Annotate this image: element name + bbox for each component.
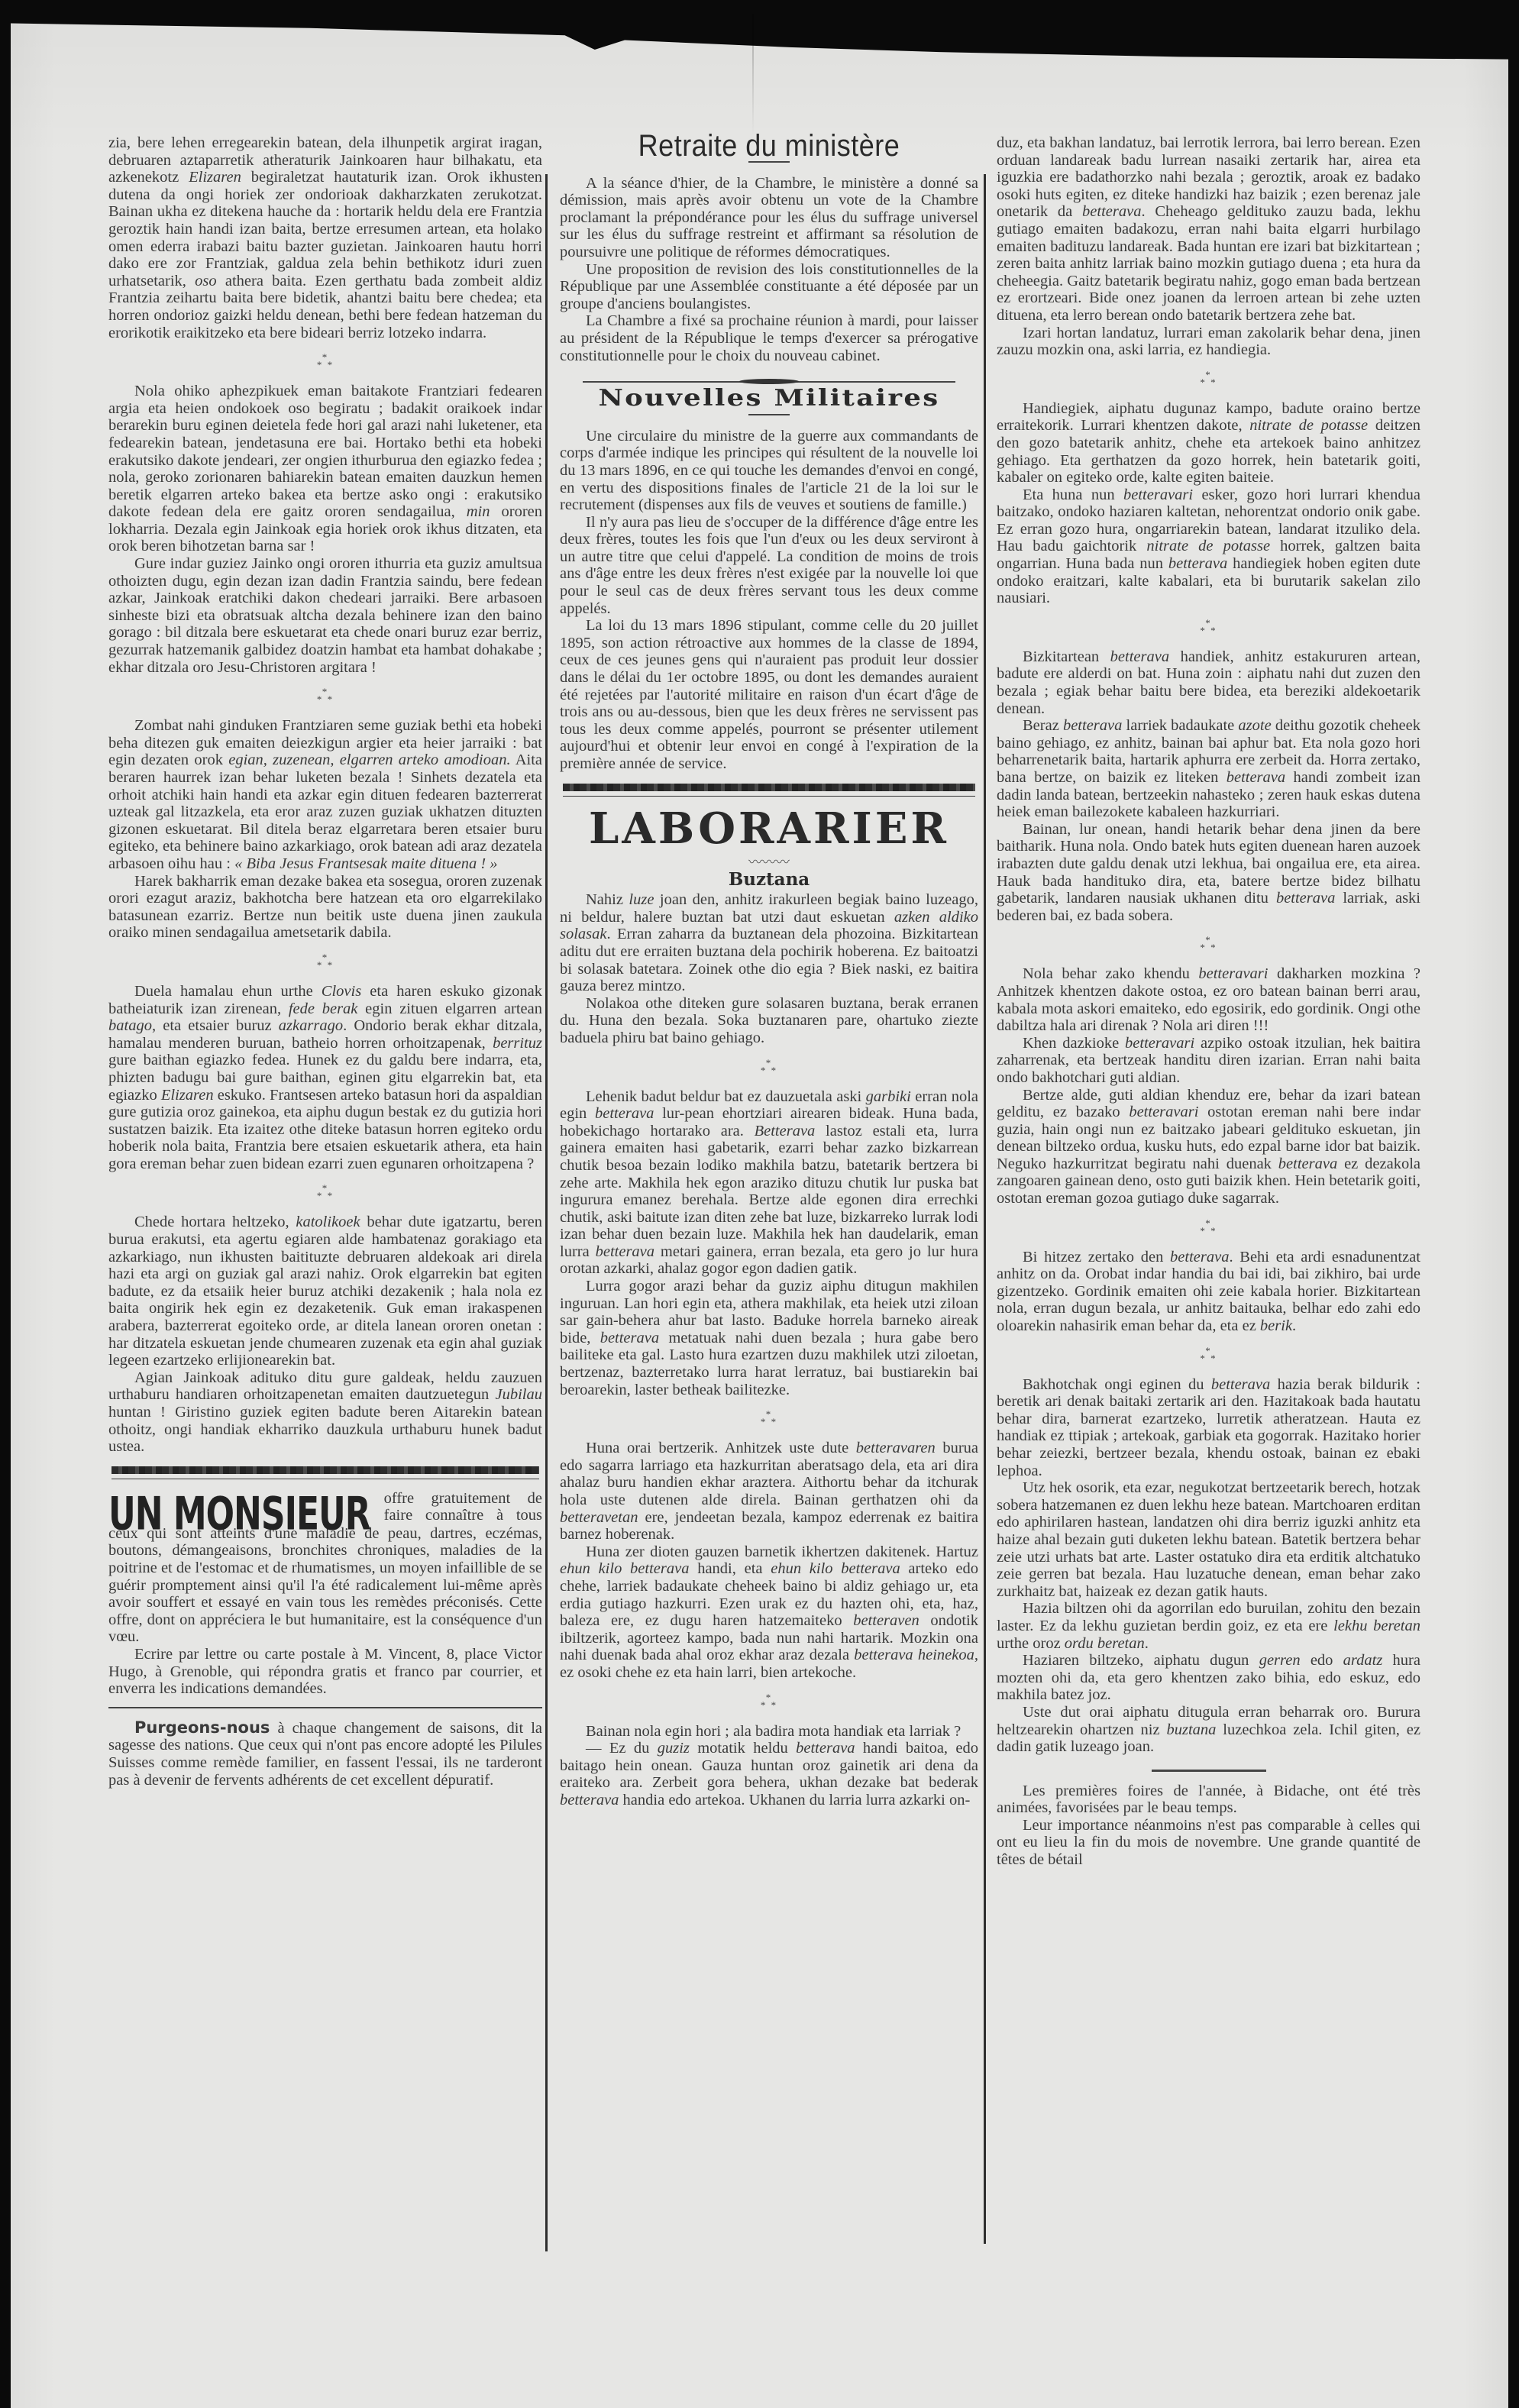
article-paragraph: Uste dut orai aiphatu ditugula erran beh… <box>997 1704 1420 1756</box>
article-paragraph: Khen dazkioke betteravari azpiko ostoak … <box>997 1035 1420 1087</box>
ad-headline: UN MONSIEUR <box>108 1490 370 1537</box>
news-item-bidache: Les premières foires de l'année, à Bidac… <box>997 1783 1420 1817</box>
right-column: duz, eta bakhan landatuz, bai lerrotik l… <box>997 134 1420 1869</box>
article-paragraph: Bainan, lur onean, handi hetarik behar d… <box>997 821 1420 925</box>
article-paragraph: Zombat nahi ginduken Frantziaren seme gu… <box>108 717 542 872</box>
article-paragraph: Huna orai bertzerik. Anhitzek uste dute … <box>560 1440 978 1543</box>
article-paragraph: Chede hortara heltzeko, katolikoek behar… <box>108 1214 542 1369</box>
article-paragraph: Nola behar zako khendu betteravari dakha… <box>997 965 1420 1034</box>
paper-fold-crease <box>752 14 754 136</box>
headline-retraite-du-ministere: Retraite du ministère <box>560 137 978 156</box>
article-paragraph: Une proposition de revision des lois con… <box>560 261 978 313</box>
ad-lead-text: offre gratuitement de faire connaître à … <box>384 1490 542 1524</box>
left-column: zia, bere lehen erregearekin batean, del… <box>108 134 542 1789</box>
article-paragraph: Huna zer dioten gauzen barnetik ikhertze… <box>560 1543 978 1682</box>
ad-contact-text: Ecrire par lettre ou carte postale à M. … <box>108 1646 542 1698</box>
article-paragraph: Utz hek osorik, eta ezar, negukotzat ber… <box>997 1479 1420 1600</box>
subheading-buztana: Buztana <box>560 871 978 889</box>
article-paragraph: Gure indar guziez Jainko ongi ororen ith… <box>108 555 542 676</box>
ad-purgeons-lead: Purgeons-nous <box>134 1718 270 1737</box>
headline-nouvelles-militaires: Nouvelles Militaires <box>522 390 1016 408</box>
asterism-separator: ** * <box>108 688 542 703</box>
asterism-separator: ** * <box>108 954 542 969</box>
article-paragraph: Bi hitzez zertako den betterava. Behi et… <box>997 1249 1420 1335</box>
advertisement-un-monsieur: UN MONSIEUR offre gratuitement de faire … <box>108 1490 542 1698</box>
article-paragraph: Hazia biltzen ohi da agorrilan edo burui… <box>997 1600 1420 1652</box>
column-divider-left <box>545 174 548 2251</box>
article-paragraph: Nahiz luze joan den, anhitz irakurleen b… <box>560 891 978 995</box>
article-paragraph: A la séance d'hier, de la Chambre, le mi… <box>560 175 978 261</box>
asterism-separator: ** * <box>997 1220 1420 1235</box>
article-paragraph: Bainan nola egin hori ; ala badira mota … <box>560 1723 978 1741</box>
asterism-separator: ** * <box>560 1411 978 1426</box>
article-divider <box>1152 1770 1266 1772</box>
article-paragraph: Haziaren biltzeko, aiphatu dugun gerren … <box>997 1652 1420 1704</box>
section-heading-laborarier: LABORARIER <box>560 807 978 850</box>
title-underline <box>748 414 790 415</box>
article-paragraph: — Ez du guziz motatik heldu betterava ha… <box>560 1740 978 1808</box>
article-paragraph: La loi du 13 mars 1896 stipulant, comme … <box>560 617 978 772</box>
asterism-separator: ** * <box>108 354 542 369</box>
column-divider-right <box>984 174 986 2244</box>
article-paragraph: Duela hamalau ehun urthe Clovis eta hare… <box>108 983 542 1173</box>
asterism-separator: ** * <box>997 371 1420 386</box>
article-paragraph: Une circulaire du ministre de la guerre … <box>560 428 978 514</box>
asterism-separator: ** * <box>560 1694 978 1709</box>
middle-column: Retraite du ministère A la séance d'hier… <box>560 134 978 1809</box>
ad-divider <box>108 1707 542 1708</box>
asterism-separator: ** * <box>997 619 1420 635</box>
advertisement-purgeons: Purgeons-nous à chaque changement de sai… <box>108 1719 542 1789</box>
article-paragraph: Lurra gogor arazi behar da guziz aiphu d… <box>560 1278 978 1398</box>
article-paragraph: Bertze alde, guti aldian khenduz ere, be… <box>997 1087 1420 1207</box>
article-paragraph: Lehenik badut beldur bat ez dauzuetala a… <box>560 1088 978 1278</box>
article-paragraph: zia, bere lehen erregearekin batean, del… <box>108 134 542 341</box>
ad-body-text: ceux qui sont atteints d'une maladie de … <box>108 1525 542 1646</box>
article-paragraph: Harek bakharrik eman dezake bakea eta so… <box>108 873 542 942</box>
thin-rule <box>112 1479 539 1479</box>
heavy-rule <box>112 1466 539 1474</box>
article-paragraph: Il n'y aura pas lieu de s'occuper de la … <box>560 514 978 618</box>
article-paragraph: Nola ohiko aphezpikuek eman baitakote Fr… <box>108 383 542 555</box>
article-paragraph: duz, eta bakhan landatuz, bai lerrotik l… <box>997 134 1420 325</box>
thin-rule <box>563 796 975 797</box>
article-paragraph: La Chambre a fixé sa prochaine réunion à… <box>560 312 978 364</box>
asterism-separator: ** * <box>997 936 1420 952</box>
heavy-rule <box>563 784 975 791</box>
article-paragraph: Bizkitartean betterava handiek, anhitz e… <box>997 648 1420 717</box>
article-paragraph: Agian Jainkoak adituko ditu gure galdeak… <box>108 1369 542 1456</box>
article-paragraph: Handiegiek, aiphatu dugunaz kampo, badut… <box>997 400 1420 486</box>
article-paragraph: Nolakoa othe diteken gure solasaren buzt… <box>560 995 978 1047</box>
article-paragraph: Izari hortan landatuz, lurrari eman zako… <box>997 325 1420 359</box>
article-paragraph: Eta huna nun betteravari esker, gozo hor… <box>997 486 1420 607</box>
asterism-separator: ** * <box>108 1185 542 1200</box>
wavy-ornament: 〰〰〰 <box>560 856 978 868</box>
article-paragraph: Beraz betterava larriek badaukate azote … <box>997 717 1420 821</box>
news-item-bidache: Leur importance néanmoins n'est pas comp… <box>997 1817 1420 1869</box>
asterism-separator: ** * <box>997 1347 1420 1362</box>
asterism-separator: ** * <box>560 1059 978 1075</box>
article-paragraph: Bakhotchak ongi eginen du betterava hazi… <box>997 1376 1420 1480</box>
